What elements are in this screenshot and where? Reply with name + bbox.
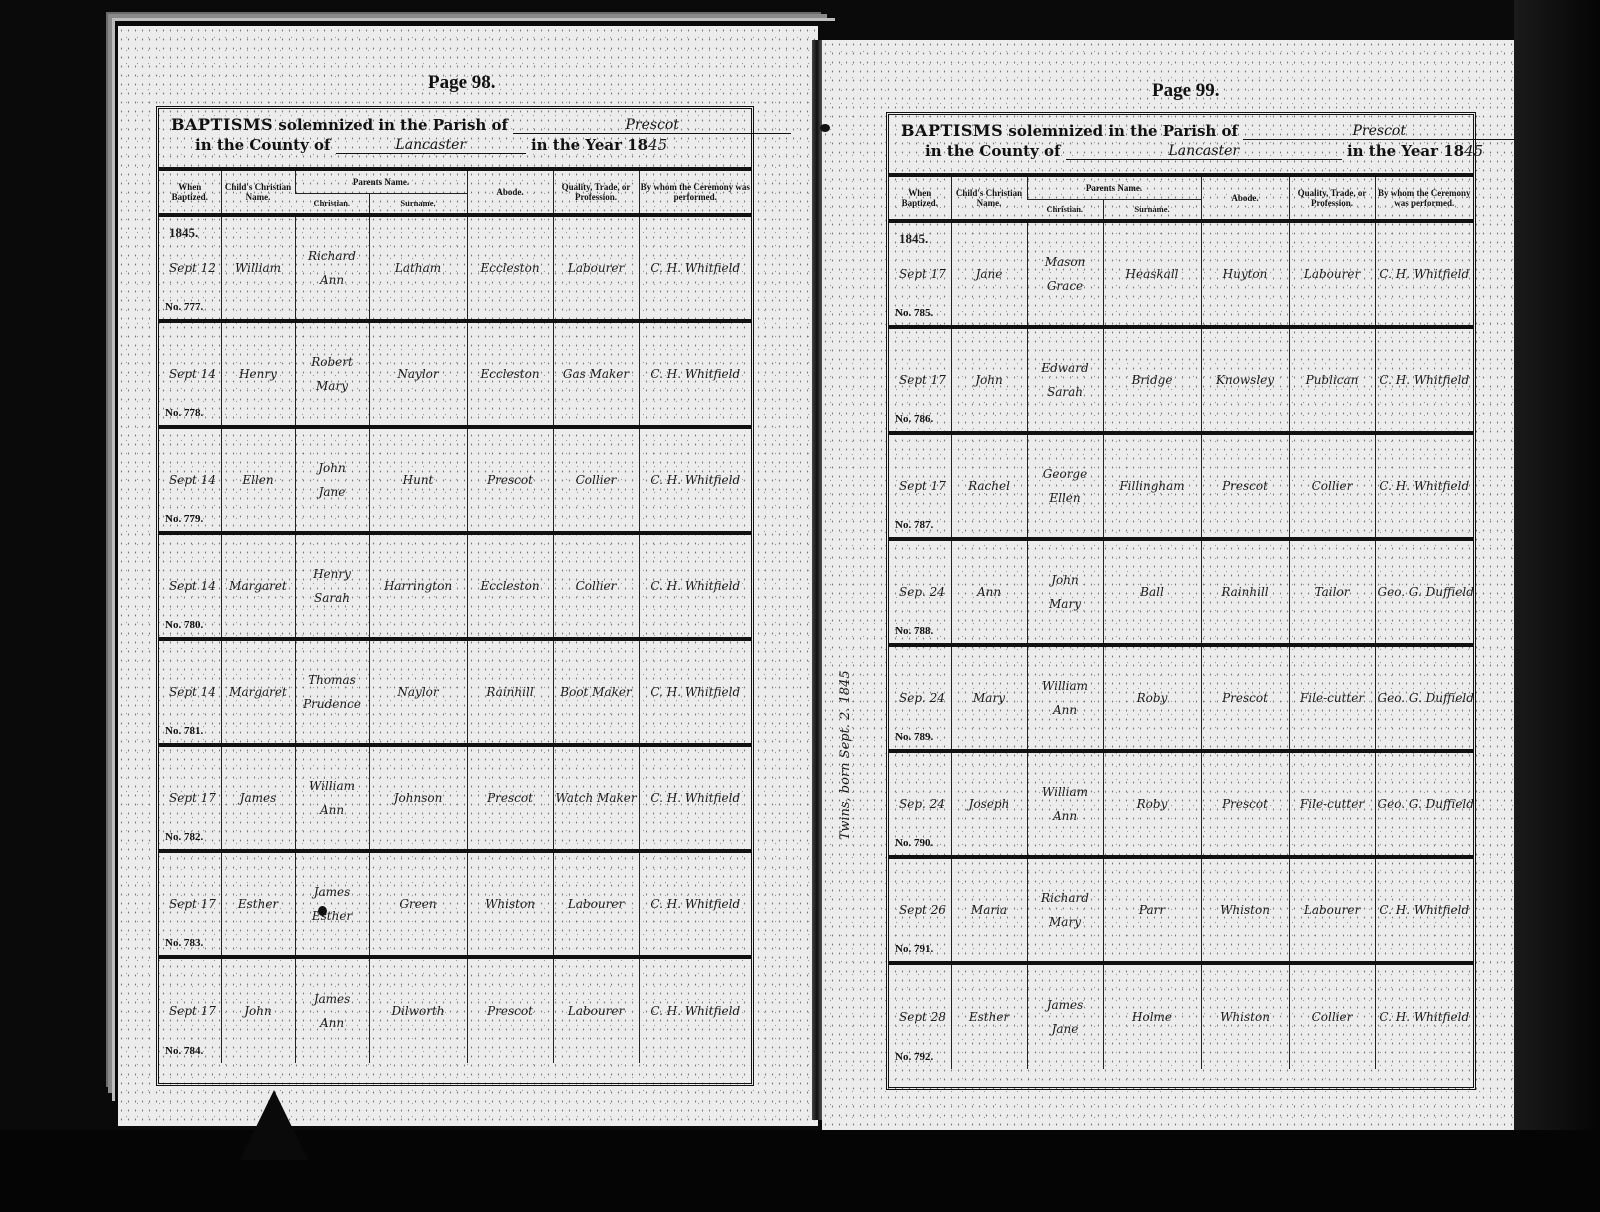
col-parents: Parents Name. — [1027, 177, 1201, 199]
cell-by-whom: C. H. Whitfield — [639, 639, 751, 745]
cell-when: Sept 17No. 782. — [159, 745, 221, 851]
cell-when: Sept 14No. 778. — [159, 321, 221, 427]
cell-abode: Whiston — [1201, 963, 1289, 1069]
cell-child: Jane — [951, 221, 1027, 327]
table-row: Sept 14No. 778.HenryRobertMaryNaylorEccl… — [159, 321, 751, 427]
cell-trade: Labourer — [553, 957, 639, 1063]
cell-abode: Whiston — [1201, 857, 1289, 963]
entry-number: No. 786. — [895, 413, 933, 425]
father-name: Richard — [298, 244, 367, 268]
cell-parents-christian: EdwardSarah — [1027, 327, 1103, 433]
mother-name: Prudence — [298, 692, 367, 716]
cell-trade: Watch Maker — [553, 745, 639, 851]
father-name: James — [298, 880, 367, 904]
father-name: William — [298, 774, 367, 798]
entry-number: No. 785. — [895, 307, 933, 319]
cell-when: Sept 17No. 787. — [889, 433, 951, 539]
cell-by-whom: C. H. Whitfield — [1375, 963, 1473, 1069]
mother-name: Grace — [1030, 274, 1101, 298]
cell-child: Esther — [221, 851, 295, 957]
page-corner-tab — [240, 1090, 308, 1160]
father-name: James — [1030, 993, 1101, 1017]
mother-name: Sarah — [298, 586, 367, 610]
table-row: Sept 17No. 784.JohnJamesAnnDilworthPresc… — [159, 957, 751, 1063]
baptism-date: Sept 14 — [161, 473, 219, 487]
cell-abode: Rainhill — [1201, 539, 1289, 645]
cell-by-whom: C. H. Whitfield — [639, 957, 751, 1063]
county-label: in the County of — [195, 136, 331, 154]
cell-trade: Collier — [1289, 963, 1375, 1069]
county-field: Lancaster — [1066, 143, 1342, 160]
title-text: solemnized in the Parish of — [1008, 122, 1238, 140]
table-row: Sept 17No. 786.JohnEdwardSarahBridgeKnow… — [889, 327, 1473, 433]
cell-when: Sept 28No. 792. — [889, 963, 951, 1069]
cell-trade: File-cutter — [1289, 645, 1375, 751]
cell-when: Sept 26No. 791. — [889, 857, 951, 963]
cell-when: Sept 17No. 784. — [159, 957, 221, 1063]
baptism-date: Sept 17 — [161, 897, 219, 911]
cell-surname: Ball — [1103, 539, 1201, 645]
col-abode: Abode. — [1201, 177, 1289, 221]
baptism-date: Sept 14 — [161, 579, 219, 593]
register-title-right: BAPTISMS solemnized in the Parish of Pre… — [889, 115, 1473, 177]
mother-name: Ann — [298, 1011, 367, 1035]
father-name: James — [298, 987, 367, 1011]
cell-abode: Prescot — [1201, 751, 1289, 857]
entry-number: No. 782. — [165, 831, 203, 843]
cell-abode: Prescot — [467, 745, 553, 851]
cell-child: William — [221, 215, 295, 321]
baptism-date: Sept 14 — [161, 367, 219, 381]
father-name: Edward — [1030, 356, 1101, 380]
title-prefix: BAPTISMS — [171, 115, 273, 134]
mother-name: Jane — [1030, 1017, 1101, 1041]
cell-by-whom: C. H. Whitfield — [639, 745, 751, 851]
table-row: Sept 17No. 783.EstherJamesEstherGreenWhi… — [159, 851, 751, 957]
cell-when: Sep. 24No. 789. — [889, 645, 951, 751]
cell-by-whom: C. H. Whitfield — [1375, 857, 1473, 963]
cell-child: Margaret — [221, 639, 295, 745]
cell-surname: Harrington — [369, 533, 467, 639]
father-name: Thomas — [298, 668, 367, 692]
margin-annotation: Twins, born Sept. 2. 1845 — [838, 640, 868, 870]
cell-child: Maria — [951, 857, 1027, 963]
col-child: Child's Christian Name. — [221, 171, 295, 215]
cell-when: 1845.Sept 12No. 777. — [159, 215, 221, 321]
col-trade: Quality, Trade, or Profession. — [1289, 177, 1375, 221]
register-title-left: BAPTISMS solemnized in the Parish of Pre… — [159, 109, 751, 171]
col-when: When Baptized. — [159, 171, 221, 215]
cell-trade: Publican — [1289, 327, 1375, 433]
cell-surname: Johnson — [369, 745, 467, 851]
baptism-date: Sept 17 — [891, 373, 949, 387]
baptism-date: Sept 17 — [161, 791, 219, 805]
mother-name: Esther — [298, 904, 367, 928]
father-name: John — [298, 456, 367, 480]
cell-by-whom: C. H. Whitfield — [1375, 433, 1473, 539]
baptism-date: Sep. 24 — [891, 797, 949, 811]
entry-number: No. 789. — [895, 731, 933, 743]
cell-child: Ellen — [221, 427, 295, 533]
cell-abode: Eccleston — [467, 533, 553, 639]
table-row: Sept 17No. 782.JamesWilliamAnnJohnsonPre… — [159, 745, 751, 851]
cell-child: Rachel — [951, 433, 1027, 539]
col-parents-surname: Surname. — [1103, 199, 1201, 221]
year-field: 45 — [1464, 142, 1483, 160]
cell-trade: Labourer — [553, 851, 639, 957]
cell-trade: Boot Maker — [553, 639, 639, 745]
table-row: Sep. 24No. 788.AnnJohnMaryBallRainhillTa… — [889, 539, 1473, 645]
cell-by-whom: C. H. Whitfield — [1375, 221, 1473, 327]
right-background — [1514, 0, 1600, 1212]
register-year: 1845. — [169, 225, 198, 241]
cell-when: Sep. 24No. 790. — [889, 751, 951, 857]
cell-abode: Prescot — [1201, 645, 1289, 751]
entry-number: No. 778. — [165, 407, 203, 419]
parish-field: Prescot — [513, 117, 791, 134]
entry-number: No. 777. — [165, 301, 203, 313]
table-row: Sept 17No. 787.RachelGeorgeEllenFillingh… — [889, 433, 1473, 539]
cell-abode: Knowsley — [1201, 327, 1289, 433]
year-label: in the Year 18 — [531, 136, 648, 154]
cell-parents-christian: JohnJane — [295, 427, 369, 533]
cell-when: Sept 17No. 786. — [889, 327, 951, 433]
baptism-date: Sept 26 — [891, 903, 949, 917]
mother-name: Ann — [298, 798, 367, 822]
father-name: George — [1030, 462, 1101, 486]
cell-by-whom: C. H. Whitfield — [639, 215, 751, 321]
father-name: Mason — [1030, 250, 1101, 274]
col-parents-christian: Christian. — [1027, 199, 1103, 221]
cell-trade: File-cutter — [1289, 751, 1375, 857]
cell-child: Margaret — [221, 533, 295, 639]
table-row: 1845.Sept 12No. 777.WilliamRichardAnnLat… — [159, 215, 751, 321]
cell-trade: Labourer — [1289, 857, 1375, 963]
entry-number: No. 781. — [165, 725, 203, 737]
page-number-left: Page 98. — [428, 72, 496, 94]
county-field: Lancaster — [336, 137, 526, 154]
baptism-date: Sept 28 — [891, 1010, 949, 1024]
cell-child: John — [221, 957, 295, 1063]
cell-abode: Prescot — [467, 957, 553, 1063]
entry-number: No. 788. — [895, 625, 933, 637]
father-name: William — [1030, 674, 1101, 698]
entry-number: No. 792. — [895, 1051, 933, 1063]
cell-trade: Collier — [553, 427, 639, 533]
cell-surname: Green — [369, 851, 467, 957]
baptism-date: Sep. 24 — [891, 691, 949, 705]
baptism-table-left: When Baptized. Child's Christian Name. P… — [159, 171, 751, 1063]
cell-when: 1845.Sept 17No. 785. — [889, 221, 951, 327]
entry-number: No. 787. — [895, 519, 933, 531]
table-row: 1845.Sept 17No. 785.JaneMasonGraceHeaska… — [889, 221, 1473, 327]
col-when: When Baptized. — [889, 177, 951, 221]
cell-surname: Hunt — [369, 427, 467, 533]
title-prefix: BAPTISMS — [901, 121, 1003, 140]
baptism-date: Sept 17 — [891, 267, 949, 281]
cell-by-whom: C. H. Whitfield — [639, 851, 751, 957]
entry-number: No. 790. — [895, 837, 933, 849]
cell-parents-christian: MasonGrace — [1027, 221, 1103, 327]
mother-name: Mary — [298, 374, 367, 398]
mother-name: Mary — [1030, 592, 1101, 616]
table-row: Sept 14No. 781.MargaretThomasPrudenceNay… — [159, 639, 751, 745]
mother-name: Mary — [1030, 910, 1101, 934]
baptism-table-right: When Baptized. Child's Christian Name. P… — [889, 177, 1473, 1069]
cell-abode: Prescot — [467, 427, 553, 533]
cell-trade: Collier — [553, 533, 639, 639]
mother-name: Ellen — [1030, 486, 1101, 510]
cell-by-whom: Geo. G. Duffield — [1375, 539, 1473, 645]
cell-parents-christian: WilliamAnn — [1027, 645, 1103, 751]
baptism-date: Sep. 24 — [891, 585, 949, 599]
cell-parents-christian: JamesAnn — [295, 957, 369, 1063]
book-spine — [812, 40, 822, 1120]
cell-surname: Roby — [1103, 751, 1201, 857]
col-by-whom: By whom the Ceremony was performed. — [639, 171, 751, 215]
cell-parents-christian: JamesJane — [1027, 963, 1103, 1069]
cell-when: Sept 14No. 781. — [159, 639, 221, 745]
table-row: Sept 14No. 779.EllenJohnJaneHuntPrescotC… — [159, 427, 751, 533]
entry-number: No. 784. — [165, 1045, 203, 1057]
table-row: Sept 14No. 780.MargaretHenrySarahHarring… — [159, 533, 751, 639]
col-abode: Abode. — [467, 171, 553, 215]
entry-number: No. 783. — [165, 937, 203, 949]
cell-child: James — [221, 745, 295, 851]
cell-by-whom: C. H. Whitfield — [639, 533, 751, 639]
baptism-date: Sept 17 — [891, 479, 949, 493]
cell-abode: Rainhill — [467, 639, 553, 745]
entry-number: No. 791. — [895, 943, 933, 955]
cell-abode: Whiston — [467, 851, 553, 957]
cell-trade: Tailor — [1289, 539, 1375, 645]
cell-surname: Naylor — [369, 639, 467, 745]
col-parents-surname: Surname. — [369, 193, 467, 215]
table-row: Sep. 24No. 789.MaryWilliamAnnRobyPrescot… — [889, 645, 1473, 751]
county-label: in the County of — [925, 142, 1061, 160]
mother-name: Ann — [1030, 804, 1101, 828]
cell-by-whom: C. H. Whitfield — [639, 321, 751, 427]
cell-child: Ann — [951, 539, 1027, 645]
entry-number: No. 779. — [165, 513, 203, 525]
parish-field: Prescot — [1243, 123, 1515, 140]
cell-surname: Naylor — [369, 321, 467, 427]
cell-trade: Gas Maker — [553, 321, 639, 427]
col-parents: Parents Name. — [295, 171, 467, 193]
cell-when: Sep. 24No. 788. — [889, 539, 951, 645]
cell-surname: Roby — [1103, 645, 1201, 751]
cell-parents-christian: JamesEsther — [295, 851, 369, 957]
cell-surname: Holme — [1103, 963, 1201, 1069]
cell-parents-christian: WilliamAnn — [295, 745, 369, 851]
cell-abode: Eccleston — [467, 215, 553, 321]
cell-by-whom: C. H. Whitfield — [639, 427, 751, 533]
year-label: in the Year 18 — [1347, 142, 1464, 160]
table-row: Sept 26No. 791.MariaRichardMaryParrWhist… — [889, 857, 1473, 963]
cell-by-whom: C. H. Whitfield — [1375, 327, 1473, 433]
cell-surname: Heaskall — [1103, 221, 1201, 327]
cell-parents-christian: RobertMary — [295, 321, 369, 427]
cell-abode: Prescot — [1201, 433, 1289, 539]
mother-name: Sarah — [1030, 380, 1101, 404]
cell-child: Esther — [951, 963, 1027, 1069]
cell-parents-christian: JohnMary — [1027, 539, 1103, 645]
cell-surname: Dilworth — [369, 957, 467, 1063]
cell-parents-christian: ThomasPrudence — [295, 639, 369, 745]
year-field: 45 — [648, 136, 667, 154]
father-name: John — [1030, 568, 1101, 592]
cell-surname: Latham — [369, 215, 467, 321]
father-name: Robert — [298, 350, 367, 374]
cell-surname: Bridge — [1103, 327, 1201, 433]
mother-name: Ann — [298, 268, 367, 292]
baptism-date: Sept 12 — [161, 261, 219, 275]
table-row: Sep. 24No. 790.JosephWilliamAnnRobyPresc… — [889, 751, 1473, 857]
cell-parents-christian: WilliamAnn — [1027, 751, 1103, 857]
cell-parents-christian: RichardMary — [1027, 857, 1103, 963]
ink-blot — [318, 906, 327, 916]
cell-trade: Collier — [1289, 433, 1375, 539]
baptism-date: Sept 14 — [161, 685, 219, 699]
col-child: Child's Christian Name. — [951, 177, 1027, 221]
title-text: solemnized in the Parish of — [278, 116, 508, 134]
father-name: William — [1030, 780, 1101, 804]
cell-surname: Parr — [1103, 857, 1201, 963]
page-number-right: Page 99. — [1152, 80, 1220, 102]
entry-number: No. 780. — [165, 619, 203, 631]
cell-child: Mary — [951, 645, 1027, 751]
mother-name: Jane — [298, 480, 367, 504]
cell-parents-christian: HenrySarah — [295, 533, 369, 639]
cell-when: Sept 14No. 779. — [159, 427, 221, 533]
cell-parents-christian: RichardAnn — [295, 215, 369, 321]
register-year: 1845. — [899, 231, 928, 247]
cell-by-whom: Geo. G. Duffield — [1375, 645, 1473, 751]
cell-trade: Labourer — [553, 215, 639, 321]
cell-child: Joseph — [951, 751, 1027, 857]
ink-blot — [820, 124, 830, 132]
mother-name: Ann — [1030, 698, 1101, 722]
father-name: Henry — [298, 562, 367, 586]
col-trade: Quality, Trade, or Profession. — [553, 171, 639, 215]
cell-child: John — [951, 327, 1027, 433]
cell-surname: Fillingham — [1103, 433, 1201, 539]
cell-by-whom: Geo. G. Duffield — [1375, 751, 1473, 857]
col-parents-christian: Christian. — [295, 193, 369, 215]
cell-abode: Eccleston — [467, 321, 553, 427]
cell-child: Henry — [221, 321, 295, 427]
table-row: Sept 28No. 792.EstherJamesJaneHolmeWhist… — [889, 963, 1473, 1069]
cell-when: Sept 17No. 783. — [159, 851, 221, 957]
baptism-date: Sept 17 — [161, 1004, 219, 1018]
register-left: BAPTISMS solemnized in the Parish of Pre… — [156, 106, 754, 1086]
cell-parents-christian: GeorgeEllen — [1027, 433, 1103, 539]
cell-trade: Labourer — [1289, 221, 1375, 327]
father-name: Richard — [1030, 886, 1101, 910]
register-right: BAPTISMS solemnized in the Parish of Pre… — [886, 112, 1476, 1090]
cell-when: Sept 14No. 780. — [159, 533, 221, 639]
cell-abode: Huyton — [1201, 221, 1289, 327]
col-by-whom: By whom the Ceremony was performed. — [1375, 177, 1473, 221]
